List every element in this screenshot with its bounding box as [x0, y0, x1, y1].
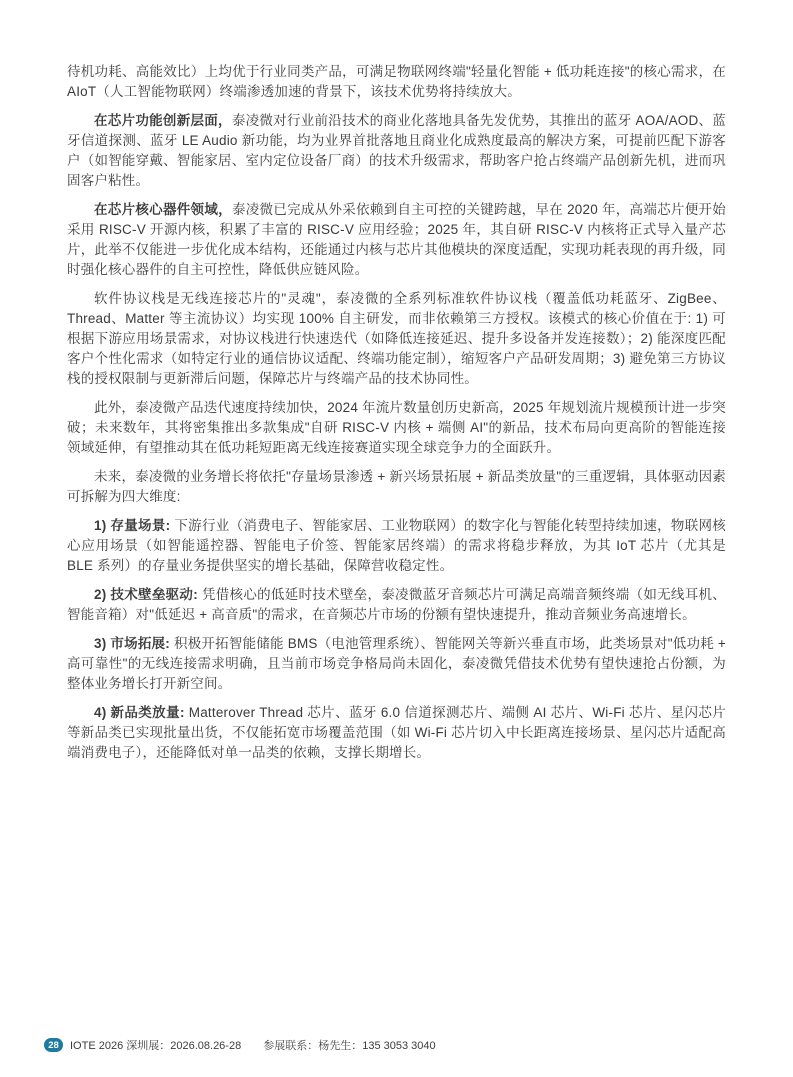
list-item-4-new-categories: 4) 新品类放量: Matterover Thread 芯片、蓝牙 6.0 信道…: [67, 703, 726, 763]
paragraph: 在芯片核心器件领域，泰凌微已完成从外采依赖到自主可控的关键跨越，早在 2020 …: [67, 200, 726, 280]
paragraph-lead: 在芯片核心器件领域，: [94, 202, 232, 217]
paragraph-text: 软件协议栈是无线连接芯片的"灵魂"，泰凌微的全系列标准软件协议栈（覆盖低功耗蓝牙…: [67, 291, 726, 386]
paragraph: 待机功耗、高能效比）上均优于行业同类产品，可满足物联网终端"轻量化智能 + 低功…: [67, 62, 726, 102]
paragraph: 未来，泰凌微的业务增长将依托"存量场景渗透 + 新兴场景拓展 + 新品类放量"的…: [67, 467, 726, 507]
list-item-lead: 1) 存量场景:: [94, 518, 174, 533]
list-item-2-tech-barrier: 2) 技术壁垒驱动: 凭借核心的低延时技术壁垒，泰凌微蓝牙音频芯片可满足高端音频…: [67, 585, 726, 625]
footer-contact-info: 参展联系：杨先生：135 3053 3040: [263, 1037, 435, 1053]
document-body: 待机功耗、高能效比）上均优于行业同类产品，可满足物联网终端"轻量化智能 + 低功…: [67, 62, 726, 772]
list-item-1-storage-scenarios: 1) 存量场景: 下游行业（消费电子、智能家居、工业物联网）的数字化与智能化转型…: [67, 516, 726, 576]
page-number-badge: 28: [44, 1038, 63, 1052]
list-item-lead: 4) 新品类放量:: [94, 705, 189, 720]
list-item-lead: 2) 技术壁垒驱动:: [94, 587, 202, 602]
paragraph-text: 待机功耗、高能效比）上均优于行业同类产品，可满足物联网终端"轻量化智能 + 低功…: [67, 64, 726, 99]
list-item-3-market-expansion: 3) 市场拓展: 积极开拓智能储能 BMS（电池管理系统）、智能网关等新兴垂直市…: [67, 634, 726, 694]
paragraph-text: 此外，泰凌微产品迭代速度持续加快，2024 年流片数量创历史新高，2025 年规…: [67, 400, 726, 455]
paragraph-text: 未来，泰凌微的业务增长将依托"存量场景渗透 + 新兴场景拓展 + 新品类放量"的…: [67, 469, 726, 504]
paragraph: 此外，泰凌微产品迭代速度持续加快，2024 年流片数量创历史新高，2025 年规…: [67, 398, 726, 458]
document-page: 待机功耗、高能效比）上均优于行业同类产品，可满足物联网终端"轻量化智能 + 低功…: [0, 0, 793, 1077]
footer-event-info: IOTE 2026 深圳展：2026.08.26-28: [70, 1037, 241, 1053]
paragraph: 在芯片功能创新层面，泰凌微对行业前沿技术的商业化落地具备先发优势，其推出的蓝牙 …: [67, 111, 726, 191]
paragraph: 软件协议栈是无线连接芯片的"灵魂"，泰凌微的全系列标准软件协议栈（覆盖低功耗蓝牙…: [67, 289, 726, 389]
page-footer: 28 IOTE 2026 深圳展：2026.08.26-28 参展联系：杨先生：…: [44, 1037, 436, 1053]
paragraph-lead: 在芯片功能创新层面，: [94, 113, 232, 128]
list-item-lead: 3) 市场拓展:: [94, 636, 174, 651]
